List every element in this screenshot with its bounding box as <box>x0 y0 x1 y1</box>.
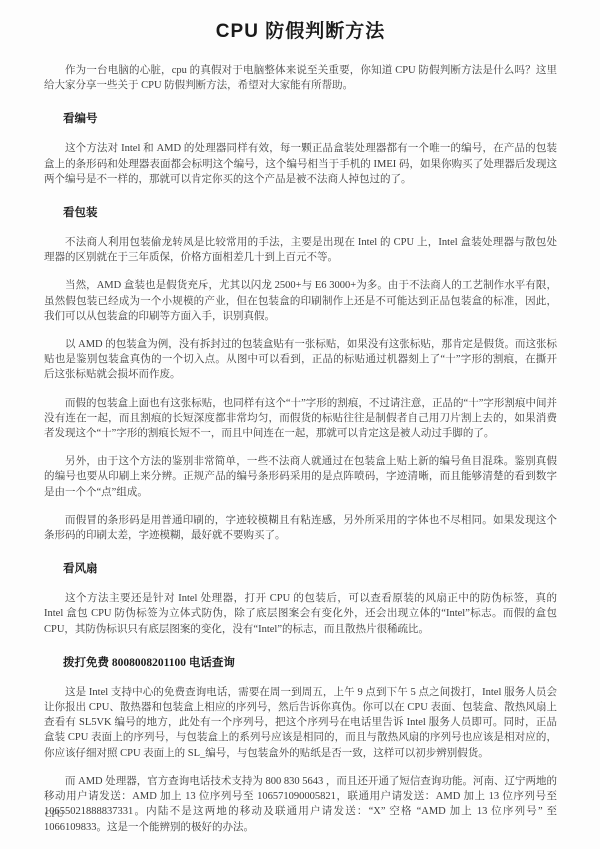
paragraph: 当然，AMD 盒装也是假货充斥，尤其以闪龙 2500+与 E6 3000+为多。… <box>44 278 557 324</box>
heading-check-serial-number: 看编号 <box>44 110 557 126</box>
paragraph: 这个方法对 Intel 和 AMD 的处理器同样有效，每一颗正品盒装处理器都有一… <box>44 141 557 187</box>
document-title: CPU 防假判断方法 <box>44 16 557 43</box>
paragraph: 而 AMD 处理器，官方查询电话技术支持为 800 830 5643 ，而且还开… <box>44 774 557 835</box>
heading-check-packaging: 看包装 <box>44 204 557 220</box>
paragraph: 以 AMD 的包装盒为例，没有拆封过的包装盒贴有一张标贴，如果没有这张标贴，那肯… <box>44 337 557 383</box>
paragraph: 这个方法主要还是针对 Intel 处理器，打开 CPU 的包装后，可以查看原装的… <box>44 591 557 637</box>
paragraph: 另外，由于这个方法的鉴别非常简单，一些不法商人就通过在包装盒上贴上新的编号鱼目混… <box>44 454 557 500</box>
paragraph: 而假的包装盒上面也有这张标贴，也同样有这个“十”字形的割痕，不过请注意，正品的“… <box>44 396 557 442</box>
paragraph: 不法商人利用包装偷龙转凤是比较常用的手法，主要是出现在 Intel 的 CPU … <box>44 235 557 265</box>
footer-label: CPU <box>45 810 63 820</box>
heading-phone-verification: 拨打免费 8008008201100 电话查询 <box>44 654 557 670</box>
intro-paragraph: 作为一台电脑的心脏，cpu 的真假对于电脑整体来说至关重要，你知道 CPU 防假… <box>44 63 557 93</box>
paragraph: 这是 Intel 支持中心的免费查询电话，需要在周一到周五，上午 9 点到下午 … <box>44 685 557 761</box>
paragraph: 而假冒的条形码是用普通印刷的，字迹较模糊且有粘连感，另外所采用的字体也不尽相同。… <box>44 513 557 543</box>
document-page: CPU 防假判断方法 作为一台电脑的心脏，cpu 的真假对于电脑整体来说至关重要… <box>0 0 600 849</box>
heading-check-fan: 看风扇 <box>44 560 557 576</box>
